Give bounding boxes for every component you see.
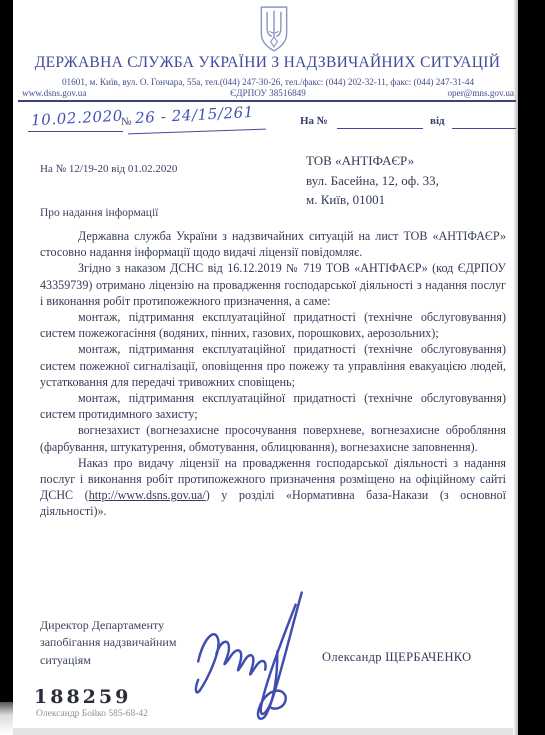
- handwritten-outgoing-number: 26 - 24/15/261: [135, 103, 255, 127]
- recipient-block: ТОВ «АНТІФАЄР» вул. Басейна, 12, оф. 33,…: [306, 151, 439, 210]
- ukraine-trident-emblem-icon: [253, 6, 295, 52]
- executor-contact: Олександр Бойко 585-68-42: [36, 709, 148, 719]
- body-paragraph: Згідно з наказом ДСНС від 16.12.2019 № 7…: [40, 260, 506, 309]
- scan-edge-right: [518, 0, 545, 735]
- signer-name: Олександр ЩЕРБАЧЕНКО: [322, 650, 471, 665]
- signer-position-line: ситуаціям: [40, 652, 176, 669]
- dsns-website-link[interactable]: http://www.dsns.gov.ua/: [89, 488, 206, 502]
- number-sign-label: №: [121, 116, 132, 128]
- body-paragraph: монтаж, підтримання експлуатаційної прид…: [40, 309, 506, 341]
- date-underline: [28, 131, 123, 132]
- org-edrpou: ЄДРПОУ 38516849: [22, 88, 514, 98]
- body-paragraph: Державна служба України з надзвичайних с…: [40, 228, 506, 260]
- body-paragraph: вогнезахист (вогнезахисне просочування п…: [40, 422, 506, 454]
- body-paragraph: монтаж, підтримання експлуатаційної прид…: [40, 390, 506, 422]
- signer-position-line: Директор Департаменту: [40, 617, 176, 634]
- handwritten-date: 10.02.2020: [31, 107, 124, 130]
- letter-body: Державна служба України з надзвичайних с…: [40, 228, 506, 520]
- na-no-blank-underline: [337, 128, 423, 129]
- scanned-letter-page: ДЕРЖАВНА СЛУЖБА УКРАЇНИ З НАДЗВИЧАЙНИХ С…: [0, 0, 545, 735]
- scan-edge-left: [0, 0, 13, 702]
- body-closing-paragraph: Наказ про видачу ліцензії на провадження…: [40, 455, 506, 520]
- body-paragraph: монтаж, підтримання експлуатаційної прид…: [40, 341, 506, 390]
- org-name-heading: ДЕРЖАВНА СЛУЖБА УКРАЇНИ З НАДЗВИЧАЙНИХ С…: [20, 54, 515, 72]
- vid-blank-underline: [452, 128, 516, 129]
- org-address-line: 01601, м. Київ, вул. О. Гончара, 55а, те…: [22, 77, 514, 87]
- registration-stamp-number: 188259: [34, 686, 131, 708]
- org-contacts-row: www.dsns.gov.ua ЄДРПОУ 38516849 oper@mns…: [22, 88, 514, 98]
- recipient-city: м. Київ, 01001: [306, 190, 439, 210]
- vid-label: від: [430, 115, 445, 127]
- recipient-street: вул. Басейна, 12, оф. 33,: [306, 171, 439, 191]
- number-underline: [128, 129, 266, 135]
- signer-position-block: Директор Департаменту запобігання надзви…: [40, 617, 176, 669]
- handwritten-signature-icon: [188, 590, 320, 733]
- scan-edge-left-fade: [0, 702, 13, 735]
- na-no-label: На №: [300, 115, 328, 127]
- header-divider-rule: [18, 100, 516, 102]
- signer-position-line: запобігання надзвичайним: [40, 634, 176, 651]
- letter-subject: Про надання інформації: [40, 207, 158, 219]
- recipient-company: ТОВ «АНТІФАЄР»: [306, 151, 439, 171]
- incoming-reference: На № 12/19-20 від 01.02.2020: [40, 163, 177, 175]
